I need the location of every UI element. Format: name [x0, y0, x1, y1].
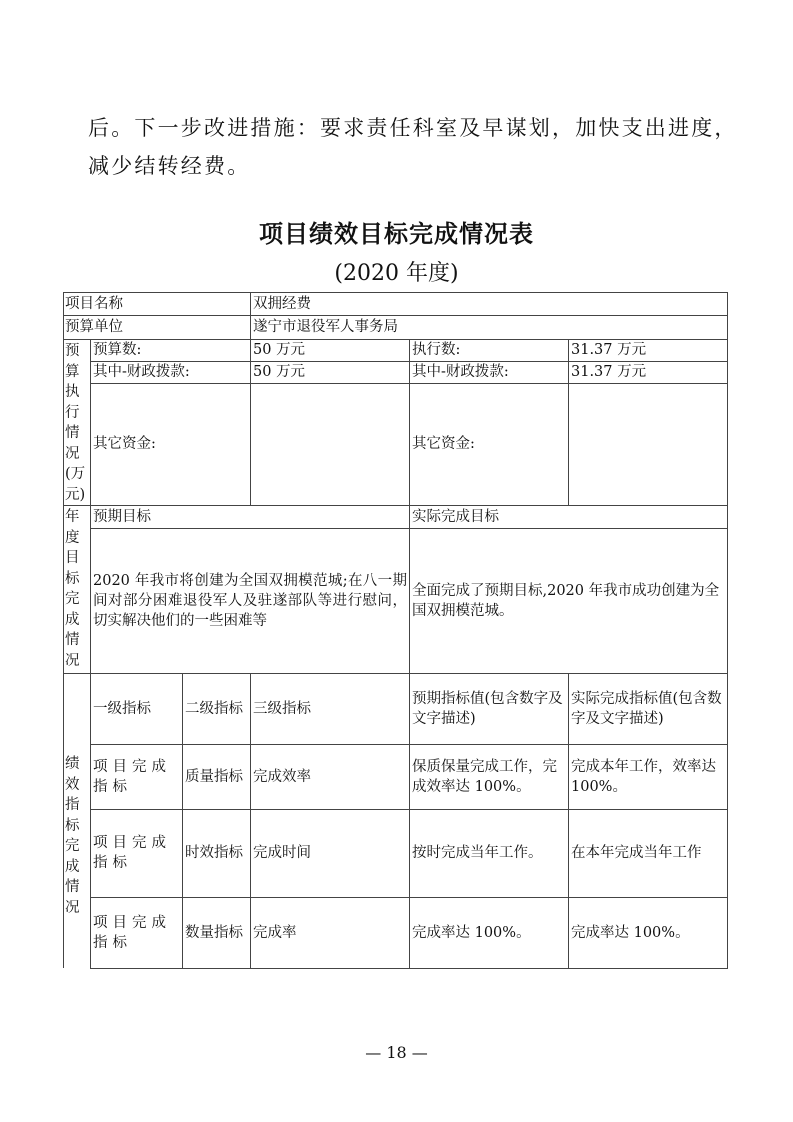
budget-section-label: 预 算 执 行 情 况 (万 元) — [63, 339, 90, 505]
indicator-row-2-expected: 按时完成当年工作。 — [410, 809, 568, 897]
page-number: — 18 — — [0, 1043, 793, 1062]
other-funds-label: 其它资金: — [91, 383, 250, 505]
project-name-value: 双拥经费 — [251, 292, 727, 316]
actual-goal-header: 实际完成目标 — [410, 505, 727, 528]
indicator-row-1-level3: 完成效率 — [251, 744, 409, 809]
executed-fiscal-allocation-value: 31.37 万元 — [569, 361, 727, 383]
execution-amount-label: 执行数: — [410, 339, 568, 361]
indicator-row-1-level1: 项目完成指标 — [91, 744, 182, 809]
table-title: 项目绩效目标完成情况表 — [0, 214, 793, 249]
indicator-row-3-expected: 完成率达 100%。 — [410, 897, 568, 968]
paragraph-line-1: 后。下一步改进措施：要求责任科室及早谋划，加快支出进度， — [88, 115, 738, 141]
executed-other-funds-label: 其它资金: — [410, 383, 568, 505]
indicator-row-1-level2: 质量指标 — [183, 744, 250, 809]
actual-value-header: 实际完成指标值(包含数字及文字描述) — [569, 673, 727, 744]
expected-value-header: 预期指标值(包含数字及文字描述) — [410, 673, 568, 744]
expected-goal-text: 2020 年我市将创建为全国双拥模范城;在八一期间对部分困难退役军人及驻遂部队等… — [91, 529, 409, 673]
level1-indicator-header: 一级指标 — [91, 673, 182, 744]
indicator-row-1-actual: 完成本年工作，效率达 100%。 — [569, 744, 727, 809]
expected-goal-header: 预期目标 — [91, 505, 409, 528]
executed-fiscal-allocation-label: 其中-财政拨款: — [410, 361, 568, 383]
indicator-row-2-level2: 时效指标 — [183, 809, 250, 897]
budget-amount-label: 预算数: — [91, 339, 250, 361]
other-funds-value — [251, 383, 409, 505]
project-name-label: 项目名称 — [63, 292, 250, 316]
fiscal-allocation-value: 50 万元 — [251, 361, 409, 383]
indicator-row-3-actual: 完成率达 100%。 — [569, 897, 727, 968]
indicator-row-3-level3: 完成率 — [251, 897, 409, 968]
indicator-row-3-level2: 数量指标 — [183, 897, 250, 968]
paragraph-line-2: 减少结转经费。 — [88, 153, 250, 179]
annual-goal-section-label: 年 度 目 标 完 成 情 况 — [63, 505, 90, 673]
execution-amount-value: 31.37 万元 — [569, 339, 727, 361]
indicator-row-1-expected: 保质保量完成工作，完成效率达 100%。 — [410, 744, 568, 809]
performance-section-label: 绩 效 指 标 完 成 情 况 — [63, 752, 90, 932]
level3-indicator-header: 三级指标 — [251, 673, 409, 744]
level2-indicator-header: 二级指标 — [183, 673, 250, 744]
executed-other-funds-value — [569, 383, 727, 505]
fiscal-allocation-label: 其中-财政拨款: — [91, 361, 250, 383]
budget-unit-value: 遂宁市退役军人事务局 — [251, 315, 727, 339]
indicator-row-3-level1: 项目完成指标 — [91, 897, 182, 968]
indicator-row-2-actual: 在本年完成当年工作 — [569, 809, 727, 897]
actual-goal-text: 全面完成了预期目标,2020 年我市成功创建为全国双拥模范城。 — [410, 529, 727, 673]
table-subtitle: (2020 年度) — [0, 256, 793, 287]
budget-amount-value: 50 万元 — [251, 339, 409, 361]
indicator-row-2-level3: 完成时间 — [251, 809, 409, 897]
indicator-row-2-level1: 项目完成指标 — [91, 809, 182, 897]
budget-unit-label: 预算单位 — [63, 315, 250, 339]
